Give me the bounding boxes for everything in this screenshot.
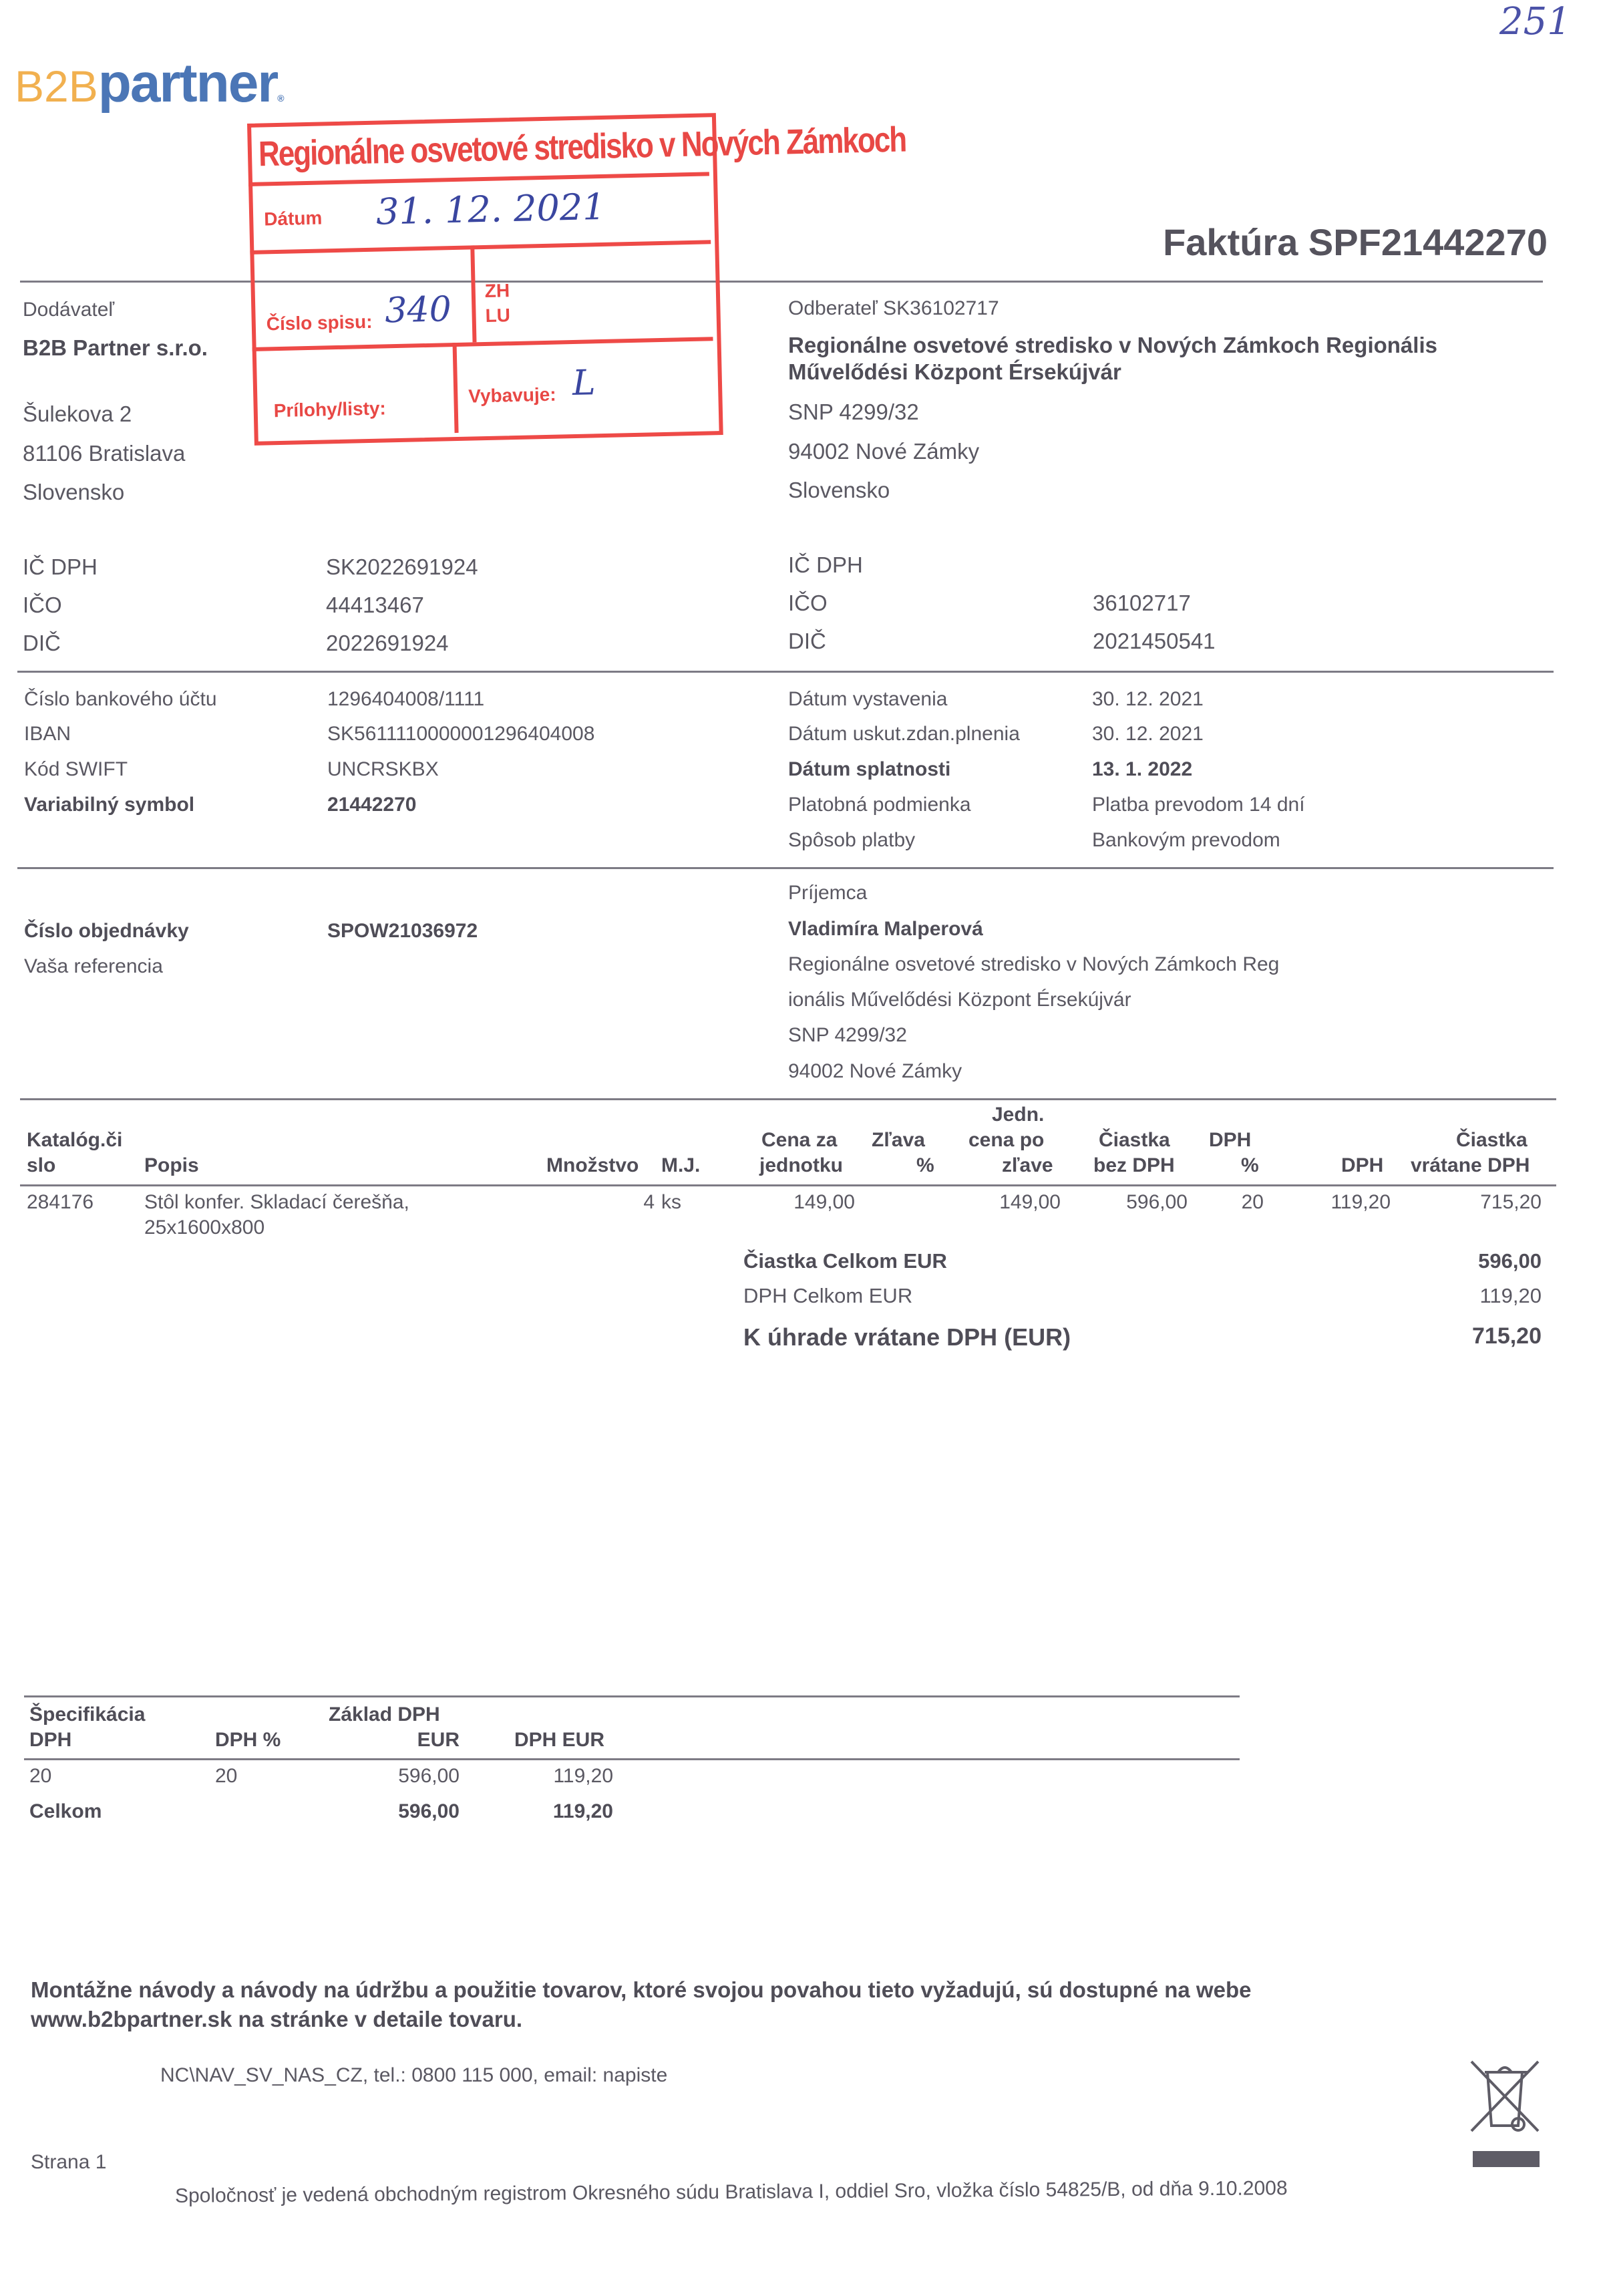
header-amount-net: Čiastka [1099, 1129, 1170, 1152]
total-net-label: Čiastka Celkom EUR [743, 1249, 947, 1273]
customer-name-line1: Regionálne osvetové stredisko v Nových Z… [788, 333, 1437, 358]
stamp-handled-by-value: L [572, 363, 596, 403]
customer-dic-label: DIČ [788, 629, 826, 654]
bank-account-label: Číslo bankového účtu [24, 688, 217, 711]
divider [17, 671, 1554, 673]
supplier-city: 81106 Bratislava [23, 441, 185, 466]
total-vat-value: 119,20 [1336, 1284, 1542, 1308]
total-net-value: 596,00 [1336, 1249, 1542, 1273]
cell-unit-price: 149,00 [735, 1191, 855, 1214]
supplier-country: Slovensko [23, 480, 124, 505]
cell-vat: 119,20 [514, 1765, 613, 1788]
recipient-name: Vladimíra Malperová [788, 918, 983, 941]
customer-dic-value: 2021450541 [1093, 629, 1216, 654]
customer-street: SNP 4299/32 [788, 399, 919, 425]
due-date-label: Dátum splatnosti [788, 758, 950, 781]
reference-label: Vaša referencia [24, 955, 163, 978]
customer-ico-label: IČO [788, 591, 828, 616]
header-base: Základ DPH [329, 1703, 440, 1726]
customer-label: Odberateľ SK36102717 [788, 297, 999, 320]
header-catalog: slo [27, 1154, 55, 1177]
customer-city: 94002 Nové Zámky [788, 439, 979, 464]
header-catalog: Katalóg.či [27, 1129, 122, 1152]
stamp-date-value: 31. 12. 2021 [375, 186, 606, 233]
customer-ico-value: 36102717 [1093, 591, 1191, 616]
invoice-title: Faktúra SPF21442270 [1163, 220, 1548, 264]
payment-terms-value: Platba prevodom 14 dní [1092, 794, 1305, 816]
iban-label: IBAN [24, 723, 71, 746]
crossed-out-wheelie-bin-icon [1466, 2058, 1546, 2171]
supplier-street: Šulekova 2 [23, 401, 132, 427]
supplier-ico-value: 44413467 [326, 593, 424, 618]
order-number-label: Číslo objednávky [24, 920, 189, 943]
cell-vat: 119,20 [1269, 1191, 1391, 1214]
header-vat: DPH [1341, 1154, 1383, 1177]
header-description: Popis [144, 1154, 199, 1177]
page-number: Strana 1 [31, 2151, 106, 2174]
stamp-file-number-value: 340 [385, 289, 452, 331]
contact-info: NC\NAV_SV_NAS_CZ, tel.: 0800 115 000, em… [160, 2064, 667, 2087]
header-unit-price: jednotku [759, 1154, 843, 1177]
header-discount: % [916, 1154, 934, 1177]
recipient-label: Príjemca [788, 882, 867, 905]
handwritten-page-number: 251 [1499, 0, 1571, 43]
header-amount-net: bez DPH [1093, 1154, 1175, 1177]
iban-value: SK5611110000001296404008 [327, 723, 594, 746]
stamp-date-label: Dátum [264, 207, 323, 230]
header-amount-gross: vrátane DPH [1411, 1154, 1530, 1177]
cell-unit: ks [661, 1191, 681, 1214]
cell-spec: 20 [29, 1765, 51, 1788]
issue-date-value: 30. 12. 2021 [1092, 688, 1204, 711]
payment-terms-label: Platobná podmienka [788, 794, 971, 816]
manuals-notice-link[interactable]: www.b2bpartner.sk na stránke v detaile t… [31, 2007, 522, 2032]
order-number-value: SPOW21036972 [327, 920, 478, 943]
header-unit: M.J. [661, 1154, 700, 1177]
divider [20, 1184, 1556, 1186]
customer-vat-id-label: IČ DPH [788, 552, 863, 578]
header-unit-price: Cena za [761, 1129, 837, 1152]
company-registry: Spoločnosť je vedená obchodným registrom… [175, 2177, 1288, 2208]
stamp-lu: LU [485, 305, 510, 327]
divider [24, 1758, 1240, 1760]
payment-method-value: Bankovým prevodom [1092, 829, 1280, 852]
bank-account-value: 1296404008/1111 [327, 688, 484, 711]
registered-mark: ® [277, 93, 283, 104]
stamp-attachments-label: Prílohy/listy: [273, 397, 386, 422]
swift-value: UNCRSKBX [327, 758, 439, 781]
supplier-dic-value: 2022691924 [326, 631, 449, 656]
registry-stamp: Regionálne osvetové stredisko v Nových Z… [247, 113, 725, 451]
cell-base: 596,00 [361, 1800, 460, 1823]
header-discounted-price: cena po [968, 1129, 1044, 1152]
header-discounted-price: zľave [1002, 1154, 1053, 1177]
supplier-dic-label: DIČ [23, 631, 61, 656]
total-vat-label: DPH Celkom EUR [743, 1284, 912, 1308]
supplier-label: Dodávateľ [23, 299, 114, 321]
supplier-ico-label: IČO [23, 593, 62, 618]
divider [20, 281, 1543, 283]
customer-country: Slovensko [788, 478, 890, 503]
issue-date-label: Dátum vystavenia [788, 688, 947, 711]
cell-spec: Celkom [29, 1800, 102, 1823]
cell-vat: 119,20 [514, 1800, 613, 1823]
logo-b2b: B2B [15, 61, 98, 111]
header-quantity: Množstvo [546, 1154, 639, 1177]
b2bpartner-logo: B2Bpartner® [15, 52, 283, 115]
divider [24, 1695, 1240, 1697]
due-date-value: 13. 1. 2022 [1092, 758, 1192, 781]
supplier-vat-id-value: SK2022691924 [326, 554, 478, 580]
variable-symbol-value: 21442270 [327, 794, 416, 816]
payment-method-label: Spôsob platby [788, 829, 915, 852]
cell-base: 596,00 [361, 1765, 460, 1788]
cell-description: Stôl konfer. Skladací čerešňa, [144, 1191, 409, 1214]
cell-pct: 20 [215, 1765, 237, 1788]
recipient-line: Regionálne osvetové stredisko v Nových Z… [788, 953, 1279, 976]
header-base: EUR [361, 1729, 460, 1752]
supplier-name: B2B Partner s.r.o. [23, 335, 208, 361]
manuals-notice: Montážne návody a návody na údržbu a pou… [31, 1977, 1251, 2003]
divider [17, 867, 1554, 869]
cell-vat-pct: 20 [1202, 1191, 1264, 1214]
total-due-label: K úhrade vrátane DPH (EUR) [743, 1323, 1071, 1351]
variable-symbol-label: Variabilný symbol [24, 794, 194, 816]
logo-partner: partner [98, 53, 278, 114]
recipient-line: 94002 Nové Zámky [788, 1060, 962, 1083]
cell-amount-gross: 715,20 [1403, 1191, 1542, 1214]
divider [20, 1098, 1556, 1100]
cell-description: 25x1600x800 [144, 1216, 264, 1239]
header-vat-pct: % [1241, 1154, 1259, 1177]
header-vat-pct: DPH [1209, 1129, 1251, 1152]
cell-quantity: 4 [601, 1191, 655, 1214]
stamp-file-number-label: Číslo spisu: [266, 311, 372, 335]
swift-label: Kód SWIFT [24, 758, 128, 781]
supply-date-label: Dátum uskut.zdan.plnenia [788, 723, 1020, 746]
header-amount-gross: Čiastka [1456, 1129, 1528, 1152]
cell-amount-net: 596,00 [1069, 1191, 1188, 1214]
header-discount: Zľava [872, 1129, 925, 1152]
stamp-handled-by-label: Vybavuje: [468, 384, 556, 407]
header-discounted-price: Jedn. [992, 1104, 1044, 1126]
cell-discounted-price: 149,00 [935, 1191, 1061, 1214]
total-due-value: 715,20 [1336, 1323, 1542, 1349]
stamp-zh: ZH [484, 280, 510, 302]
header-vat-pct: DPH % [215, 1729, 281, 1752]
recipient-line: SNP 4299/32 [788, 1024, 907, 1047]
customer-name-line2: Művelődési Központ Érsekújvár [788, 359, 1121, 385]
header-spec: Špecifikácia [29, 1703, 145, 1726]
recipient-line: ionális Művelődési Központ Érsekújvár [788, 989, 1131, 1011]
cell-catalog: 284176 [27, 1191, 94, 1214]
header-spec: DPH [29, 1729, 71, 1752]
supplier-vat-id-label: IČ DPH [23, 554, 98, 580]
supply-date-value: 30. 12. 2021 [1092, 723, 1204, 746]
header-vat-eur: DPH EUR [514, 1729, 604, 1752]
